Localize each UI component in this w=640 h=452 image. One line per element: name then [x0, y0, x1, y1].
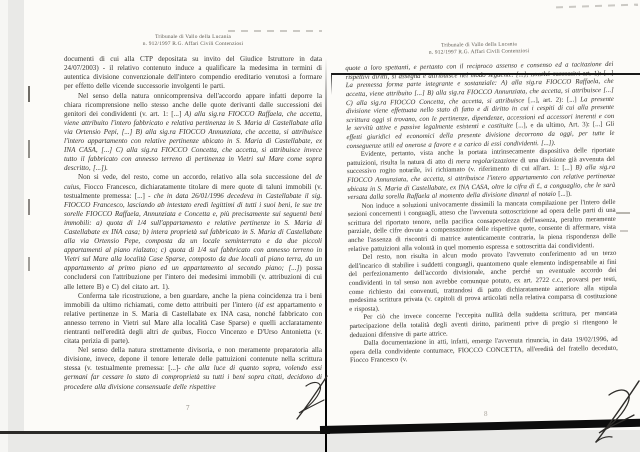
page-right: Tribunale di Vallo della Lucania n. 912/…	[326, 0, 640, 430]
paragraph: Non induce a soluzioni univocamente diss…	[348, 199, 617, 255]
page-edge-corner	[331, 73, 332, 95]
page-right-content: Tribunale di Vallo della Lucania n. 912/…	[345, 40, 618, 366]
text-run: Non si vede, del resto, come un accordo,…	[78, 173, 315, 181]
page-left: Tribunale di Vallo della Lucania n. 912/…	[24, 0, 326, 431]
paragraph: Non si vede, del resto, come un accordo,…	[64, 173, 322, 291]
scan-bottom-line	[0, 431, 330, 434]
margin-dash-mark	[620, 230, 628, 232]
text-run: Dalla documentazione in atti, infatti, e…	[350, 336, 618, 364]
signature-paraph-icon	[592, 378, 640, 446]
signature-paraph-icon	[294, 374, 332, 422]
quoted-text-run: de quibus	[162, 328, 191, 336]
text-run: [...], art. 2): [...]	[528, 96, 580, 104]
text-run: Del resto, non risulta in alcun modo pro…	[348, 250, 617, 313]
page-body: documenti di cui alla CTP depositata su …	[64, 55, 322, 391]
text-run: [...]).	[556, 191, 572, 198]
page-left-content: Tribunale di Vallo della Lucania n. 912/…	[64, 34, 322, 392]
quoted-text-run: id est	[258, 301, 274, 309]
quoted-text-run: A) alla sig.ra FIOCCO Raffaela, che acce…	[64, 110, 322, 173]
paragraph: Del resto, non risulta in alcun modo pro…	[348, 250, 617, 314]
paragraph: documenti di cui alla CTP depositata su …	[64, 55, 322, 91]
scanned-court-document: Tribunale di Vallo della Lucania n. 912/…	[0, 0, 640, 452]
quoted-text-run: che in data 26/01/1996 decedeva in Caste…	[64, 192, 322, 273]
margin-tick-mark	[28, 199, 30, 215]
page-body: quote a loro spettanti, e pertanto con i…	[345, 61, 618, 366]
margin-tick-mark	[28, 86, 30, 102]
court-header: Tribunale di Vallo della Lucania n. 912/…	[345, 40, 613, 57]
margin-tick-mark	[28, 140, 30, 158]
page-edge-line	[331, 73, 640, 75]
case-number: n. 912/1997 R.G. Affari Civili Contenzio…	[64, 41, 322, 48]
court-header: Tribunale di Vallo della Lucania n. 912/…	[64, 34, 322, 47]
text-run: documenti di cui alla CTP depositata su …	[64, 55, 322, 90]
margin-tick-mark	[28, 257, 30, 271]
text-run: Per ciò che invece concerne l'eccepita n…	[349, 310, 617, 338]
paragraph: quote a loro spettanti, e pertanto con i…	[345, 61, 614, 151]
quoted-text-run: mera regolarizzazione	[456, 157, 518, 165]
scan-edge-strip	[0, 0, 8, 452]
paragraph: Dalla documentazione in atti, infatti, e…	[350, 336, 618, 366]
margin-dash-mark	[616, 212, 630, 214]
paragraph: Nel senso della natura strettamente divi…	[64, 346, 322, 391]
page-number: 8	[484, 410, 488, 418]
scan-smudge	[228, 30, 322, 32]
paragraph: Nel senso della natura onnicomprensiva d…	[64, 92, 322, 174]
court-name: Tribunale di Vallo della Lucania	[64, 34, 322, 41]
paragraph: Conferma tale ricostruzione, a ben guard…	[64, 292, 322, 347]
text-run: .	[554, 139, 556, 146]
paragraph: Evidente, pertanto, vista anche la porta…	[347, 147, 616, 203]
text-run: [...], e da ultimo, Art. 3): [...]	[516, 121, 606, 129]
text-run: Non induce a soluzioni univocamente diss…	[348, 199, 616, 253]
page-number: 7	[186, 404, 190, 412]
